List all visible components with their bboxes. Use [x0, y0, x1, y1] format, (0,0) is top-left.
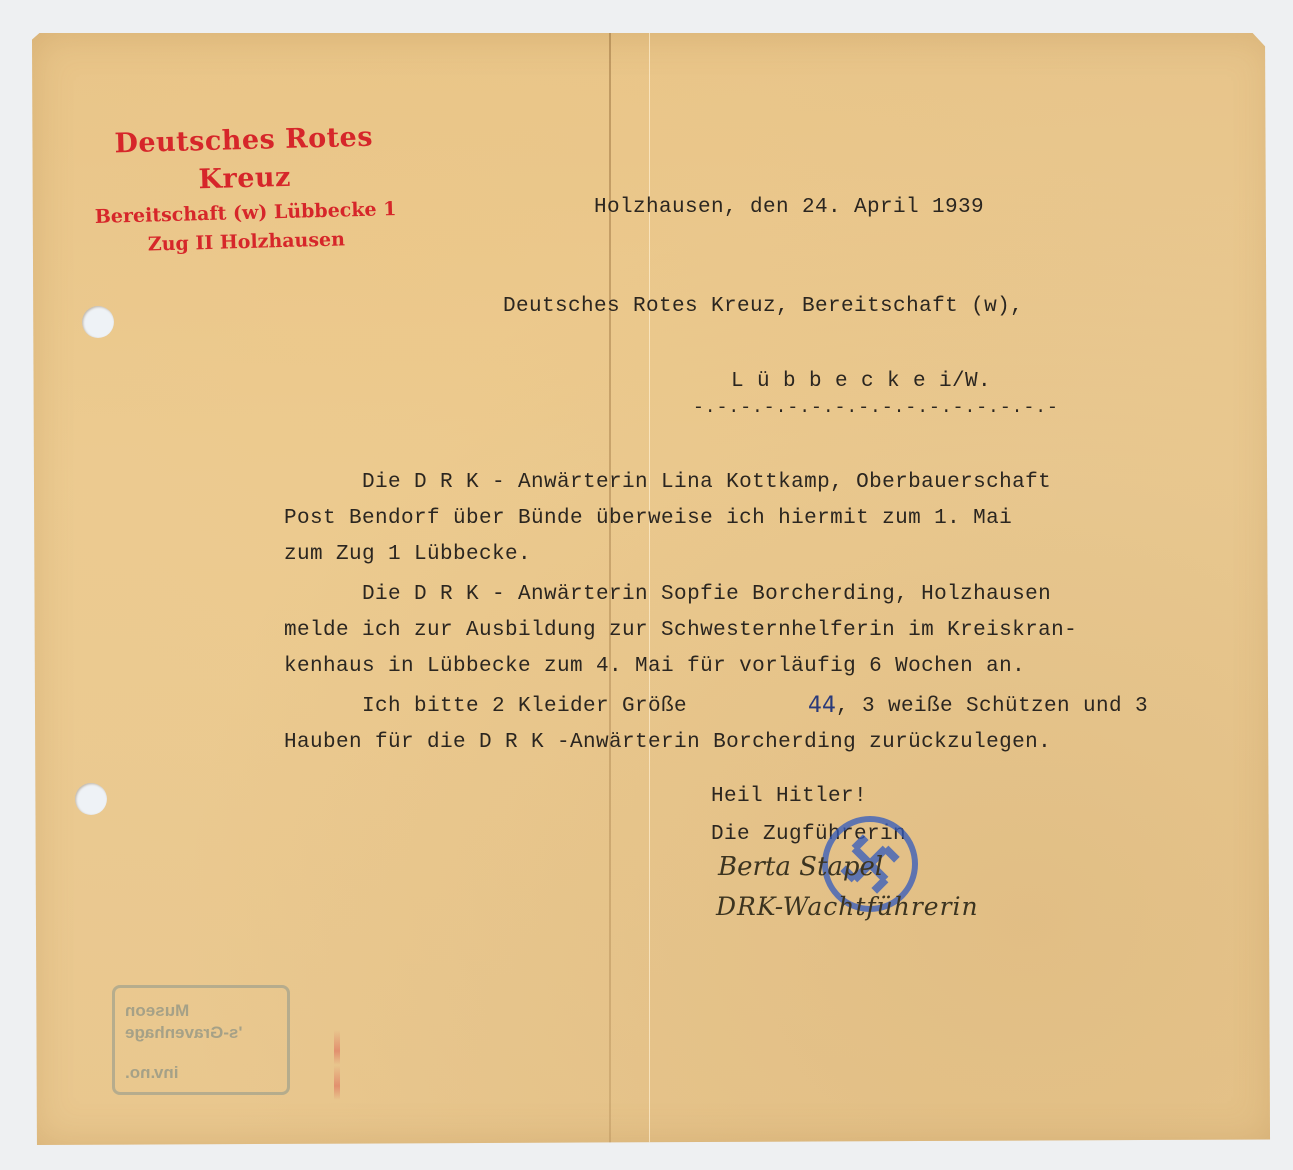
museum-stamp-line: 's-Gravenhage — [125, 1022, 277, 1044]
body-line: Post Bendorf über Bünde überweise ich hi… — [284, 507, 1012, 530]
red-ink-marks — [334, 1030, 340, 1100]
letterhead-line-1: Deutsches Rotes Kreuz — [78, 118, 410, 203]
body-line: Ich bitte 2 Kleider Größe — [284, 695, 687, 718]
recipient-line-1: Deutsches Rotes Kreuz, Bereitschaft (w), — [503, 295, 1023, 318]
signature-role: DRK-Wachtführerin — [716, 892, 979, 921]
recipient-city: L ü b b e c k e i/W. — [731, 370, 991, 393]
signature-name: Berta Stapel — [718, 852, 883, 882]
closing-salute: Heil Hitler! — [711, 785, 867, 808]
body-line: Die D R K - Anwärterin Sopfie Borcherdin… — [284, 583, 1051, 606]
body-line: kenhaus in Lübbecke zum 4. Mai für vorlä… — [284, 655, 1025, 678]
letterhead-stamp: Deutsches Rotes Kreuz Bereitschaft (w) L… — [78, 118, 411, 261]
body-line: Hauben für die D R K -Anwärterin Borcher… — [284, 731, 1051, 754]
museum-stamp-line: Museon — [125, 1000, 277, 1022]
punch-hole-top — [82, 306, 114, 338]
punch-hole-bottom — [75, 783, 107, 815]
body-line: melde ich zur Ausbildung zur Schwesternh… — [284, 619, 1077, 642]
body-line: , 3 weiße Schützen und 3 — [836, 695, 1148, 718]
museum-inventory-stamp: Museon 's-Gravenhage inv.no. — [112, 985, 290, 1095]
body-line: Die D R K - Anwärterin Lina Kottkamp, Ob… — [284, 471, 1051, 494]
handwritten-size: 44 — [808, 693, 836, 718]
museum-stamp-line: inv.no. — [125, 1062, 277, 1084]
date-line: Holzhausen, den 24. April 1939 — [594, 196, 984, 219]
recipient-underline: -.-.-.-.-.-.-.-.-.-.-.-.-.-.-.- — [693, 398, 1059, 418]
body-line: zum Zug 1 Lübbecke. — [284, 543, 531, 566]
